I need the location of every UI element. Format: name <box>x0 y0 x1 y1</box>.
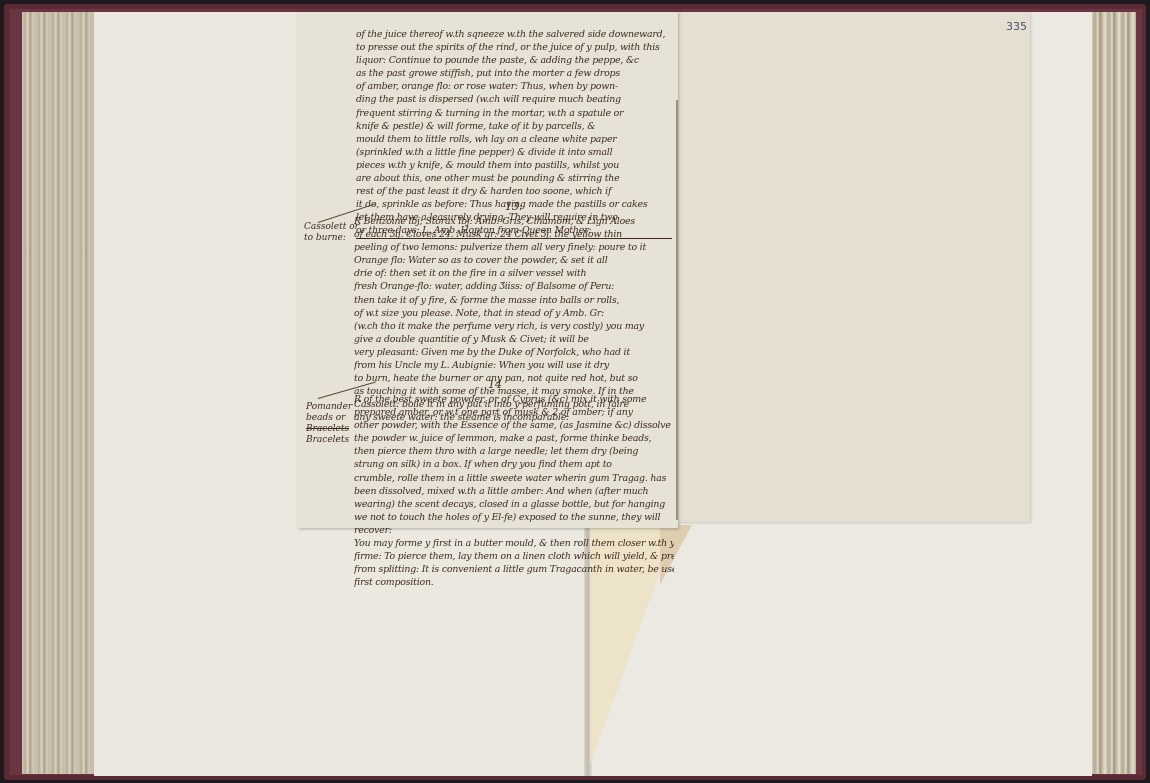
page-edges-left <box>22 12 94 774</box>
ms-line: first composition. <box>354 576 674 589</box>
ms-line: Orange flo: Water so as to cover the pow… <box>354 254 674 267</box>
margin-note-14: Pomander beads or Bracelets Bracelets <box>306 402 352 446</box>
ms-line: frequent stirring & turning in the morta… <box>356 107 672 120</box>
ms-line: give a double quantitie of y Musk & Cive… <box>354 333 674 346</box>
margin-note-line: Pomander <box>306 402 352 413</box>
ms-line: rest of the past least it dry & harden t… <box>356 185 672 198</box>
ms-line: You may forme y first in a butter mould,… <box>354 537 674 550</box>
ms-line: crumble, rolle them in a little sweete w… <box>354 472 674 485</box>
ms-line: wearing) the scent decays, closed in a g… <box>354 498 674 511</box>
ms-line: prepared amber, or w.t one part of musk … <box>354 406 674 419</box>
ms-line: firme: To pierce them, lay them on a lin… <box>354 550 674 563</box>
recipe-14-text: R of the best sweete powder, or of Cypru… <box>354 393 674 589</box>
margin-note-struck: Bracelets <box>306 424 352 435</box>
margin-note-line: beads or <box>306 413 352 424</box>
ms-line: from his Uncle my L. Aubignie: When you … <box>354 359 674 372</box>
sheet-fold-edge <box>676 100 678 520</box>
ms-line: recover: <box>354 524 674 537</box>
manuscript-sheet-verso <box>672 12 1030 522</box>
ms-line: been dissolved, mixed w.th a little ambe… <box>354 485 674 498</box>
margin-note-13: Cassolett or to burne: <box>304 222 359 244</box>
recipe-number-13: 13: <box>505 200 523 213</box>
ms-line: (w.ch tho it make the perfume very rich,… <box>354 320 674 333</box>
ms-line: then take it of y fire, & forme the mass… <box>354 294 674 307</box>
ms-line: ding the past is dispersed (w.ch will re… <box>356 93 672 106</box>
ms-line: as the past growe stiffish, put into the… <box>356 67 672 80</box>
ms-line: of the juice thereof w.th sqneeze w.th t… <box>356 28 672 41</box>
ms-line: pieces w.th y knife, & mould them into p… <box>356 159 672 172</box>
ms-line: strung on silk) in a box. If when dry yo… <box>354 458 674 471</box>
ms-line: to presse out the spirits of the rind, o… <box>356 41 672 54</box>
ms-line: to burn, heate the burner or any pan, no… <box>354 372 674 385</box>
recipe-number-14: 14 <box>488 378 502 391</box>
ms-line: (sprinkled w.th a little fine pepper) & … <box>356 146 672 159</box>
ms-line: other powder, with the Essence of the sa… <box>354 419 674 432</box>
page-edges-right <box>1092 12 1136 774</box>
ms-line: R of the best sweete powder, or of Cypru… <box>354 393 674 406</box>
ms-line: we not to touch the holes of y El-fe) ex… <box>354 511 674 524</box>
ms-line: drie of: then set it on the fire in a si… <box>354 267 674 280</box>
ms-line: of w.t size you please. Note, that in st… <box>354 307 674 320</box>
ms-line: of each Ʒij. Cloves 24. Musk gr: 24 Cive… <box>354 228 674 241</box>
folio-number: 335 <box>1006 20 1027 33</box>
margin-note-line: to burne: <box>304 233 359 244</box>
ms-line: knife & pestle) & will forme, take of it… <box>356 120 672 133</box>
margin-note-line: Cassolett or <box>304 222 359 233</box>
ms-line: of amber, orange flo: or rose water: Thu… <box>356 80 672 93</box>
ms-line: R Benzoine lbj; Storax lbj: Amb: Gris, C… <box>354 215 674 228</box>
ms-line: then pierce them thro with a large needl… <box>354 445 674 458</box>
margin-note-line: Bracelets <box>306 435 352 446</box>
ms-line: fresh Orange-flo: water, adding Ʒiiss: o… <box>354 280 674 293</box>
ms-line: from splitting: It is convenient a littl… <box>354 563 674 576</box>
ms-line: the powder w. juice of lemmon, make a pa… <box>354 432 674 445</box>
ms-line: are about this, one other must be poundi… <box>356 172 672 185</box>
ms-line: mould them to little rolls, wh lay on a … <box>356 133 672 146</box>
ms-line: liquor: Continue to pounde the paste, & … <box>356 54 672 67</box>
ms-line: very pleasant: Given me by the Duke of N… <box>354 346 674 359</box>
ms-line: peeling of two lemons: pulverize them al… <box>354 241 674 254</box>
